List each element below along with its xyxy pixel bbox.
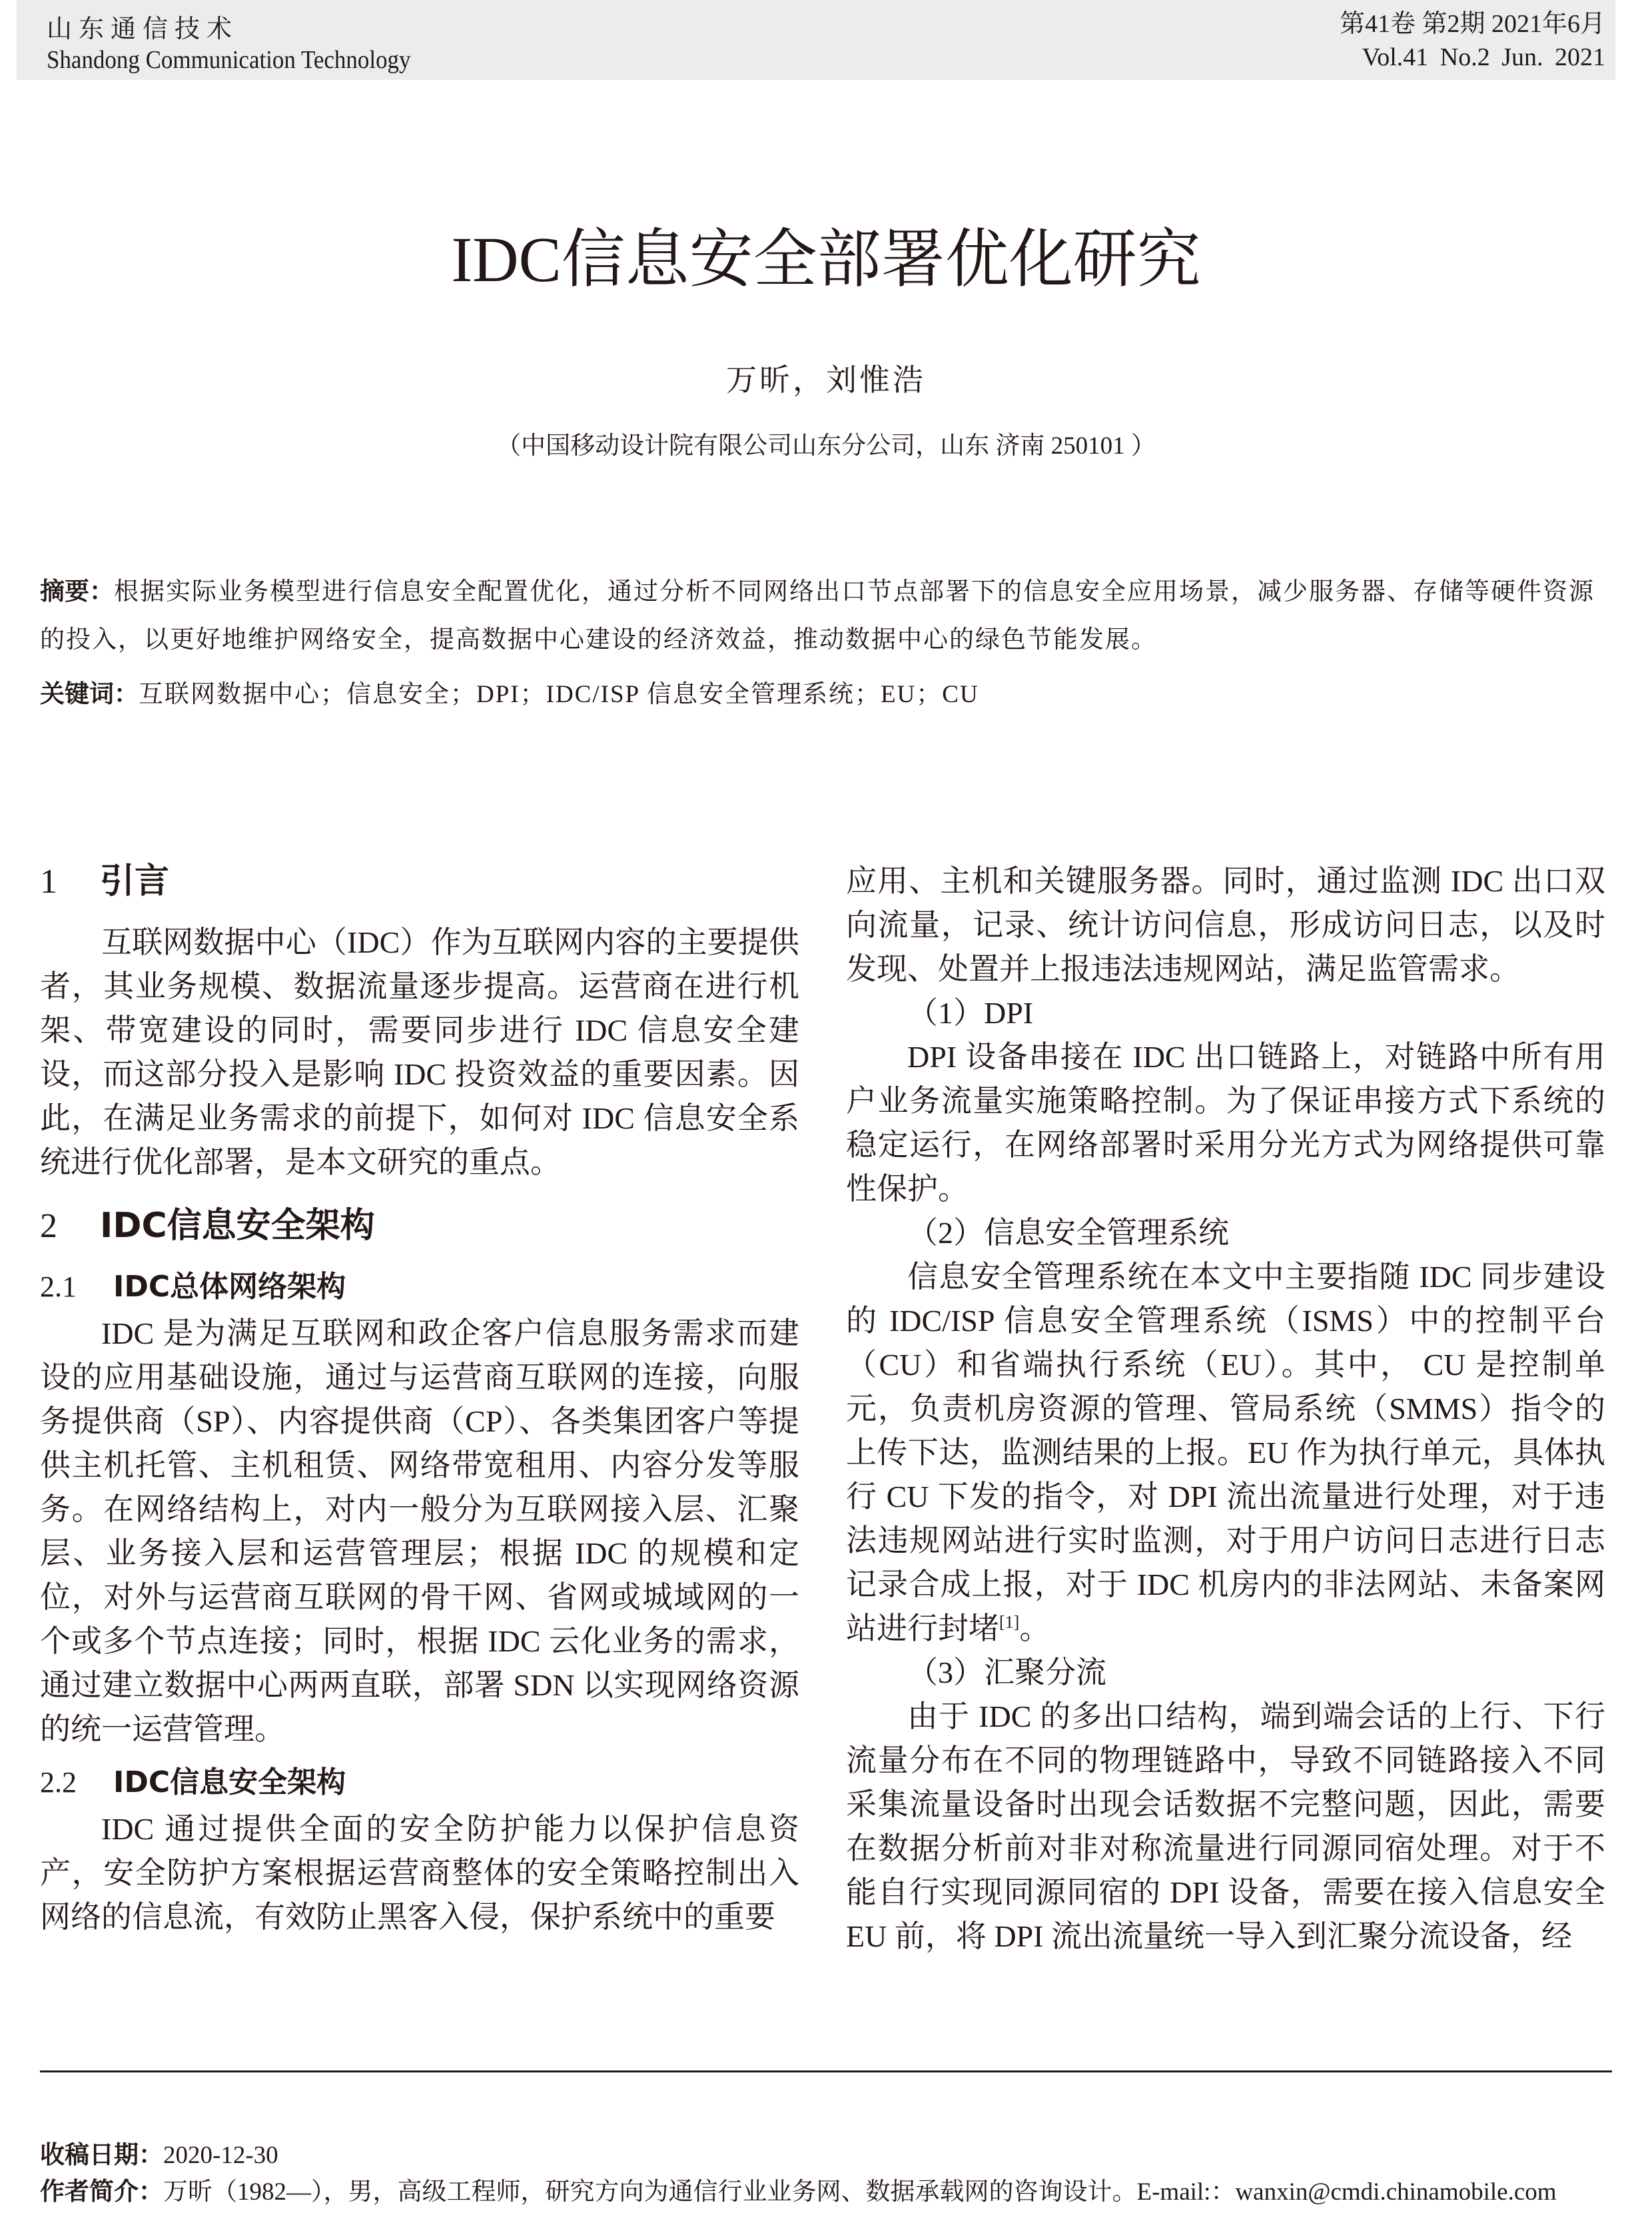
section-number: 2: [40, 1202, 100, 1250]
section-heading-2: 2IDC信息安全架构: [40, 1202, 799, 1250]
subsection-number: 2.2: [40, 1761, 113, 1805]
footnote-divider: [40, 2070, 1612, 2072]
subsection-heading-2-2: 2.2IDC信息安全架构: [40, 1761, 799, 1805]
paragraph: 信息安全管理系统在本文中主要指随 IDC 同步建设的 IDC/ISP 信息安全管…: [846, 1255, 1605, 1651]
author-bio: 作者简介：万昕（1982—），男，高级工程师，研究方向为通信行业业务网、数据承载…: [40, 2175, 1625, 2209]
bio-label: 作者简介：: [40, 2177, 163, 2206]
paragraph: 互联网数据中心（IDC）作为互联网内容的主要提供者，其业务规模、数据流量逐步提高…: [40, 921, 799, 1184]
received-label: 收稿日期：: [40, 2140, 163, 2169]
paper-authors: 万昕，刘惟浩: [0, 360, 1652, 400]
paragraph-end: 。: [1019, 1611, 1050, 1645]
left-column: 1引言 互联网数据中心（IDC）作为互联网内容的主要提供者，其业务规模、数据流量…: [40, 849, 799, 1939]
paragraph-continued: 应用、主机和关键服务器。同时，通过监测 IDC 出口双向流量，记录、统计访问信息…: [846, 859, 1605, 991]
paper-title: IDC信息安全部署优化研究: [0, 220, 1652, 300]
received-value: 2020-12-30: [163, 2142, 278, 2169]
journal-name-cn: 山东通信技术: [47, 15, 238, 44]
abstract: 摘要：根据实际业务模型进行信息安全配置优化，通过分析不同网络出口节点部署下的信息…: [40, 568, 1612, 664]
citation-ref[interactable]: [1]: [999, 1613, 1019, 1632]
keywords: 关键词：互联网数据中心；信息安全；DPI；IDC/ISP 信息安全管理系统；EU…: [40, 670, 1612, 719]
paragraph: DPI 设备串接在 IDC 出口链路上，对链路中所有用户业务流量实施策略控制。为…: [846, 1035, 1605, 1211]
abstract-label: 摘要：: [40, 577, 114, 606]
paragraph: IDC 通过提供全面的安全防护能力以保护信息资产，安全防护方案根据运营商整体的安…: [40, 1807, 799, 1939]
subsection-number: 2.1: [40, 1265, 113, 1309]
issue-info-cn: 第41卷 第2期 2021年6月: [1340, 9, 1605, 39]
section-number: 1: [40, 858, 100, 906]
paragraph: 由于 IDC 的多出口结构，端到端会话的上行、下行流量分布在不同的物理链路中，导…: [846, 1695, 1605, 1959]
received-date: 收稿日期：2020-12-30: [40, 2138, 278, 2172]
section-title: IDC信息安全架构: [100, 1206, 375, 1246]
paragraph-text: 信息安全管理系统在本文中主要指随 IDC 同步建设的 IDC/ISP 信息安全管…: [846, 1260, 1605, 1645]
keywords-text: 互联网数据中心；信息安全；DPI；IDC/ISP 信息安全管理系统；EU；CU: [139, 681, 979, 708]
section-heading-1: 1引言: [40, 857, 799, 906]
item-heading-isms: （2）信息安全管理系统: [846, 1211, 1605, 1255]
subsection-heading-2-1: 2.1IDC总体网络架构: [40, 1265, 799, 1309]
paragraph: IDC 是为满足互联网和政企客户信息服务需求而建设的应用基础设施，通过与运营商互…: [40, 1312, 799, 1751]
subsection-title: IDC总体网络架构: [113, 1270, 346, 1304]
subsection-title: IDC信息安全架构: [113, 1765, 346, 1799]
abstract-text: 根据实际业务模型进行信息安全配置优化，通过分析不同网络出口节点部署下的信息安全应…: [40, 578, 1595, 654]
issue-info-en: Vol.41 No.2 Jun. 2021: [1362, 43, 1605, 72]
keywords-label: 关键词：: [40, 679, 139, 708]
section-title: 引言: [100, 861, 169, 901]
author-affiliation: （中国移动设计院有限公司山东分公司，山东 济南 250101 ）: [0, 430, 1652, 463]
item-heading-aggregation: （3）汇聚分流: [846, 1651, 1605, 1695]
right-column: 应用、主机和关键服务器。同时，通过监测 IDC 出口双向流量，记录、统计访问信息…: [846, 859, 1605, 1959]
journal-name-en: Shandong Communication Technology: [47, 45, 411, 75]
item-heading-dpi: （1）DPI: [846, 991, 1605, 1035]
bio-text: 万昕（1982—），男，高级工程师，研究方向为通信行业业务网、数据承载网的咨询设…: [163, 2178, 1557, 2206]
